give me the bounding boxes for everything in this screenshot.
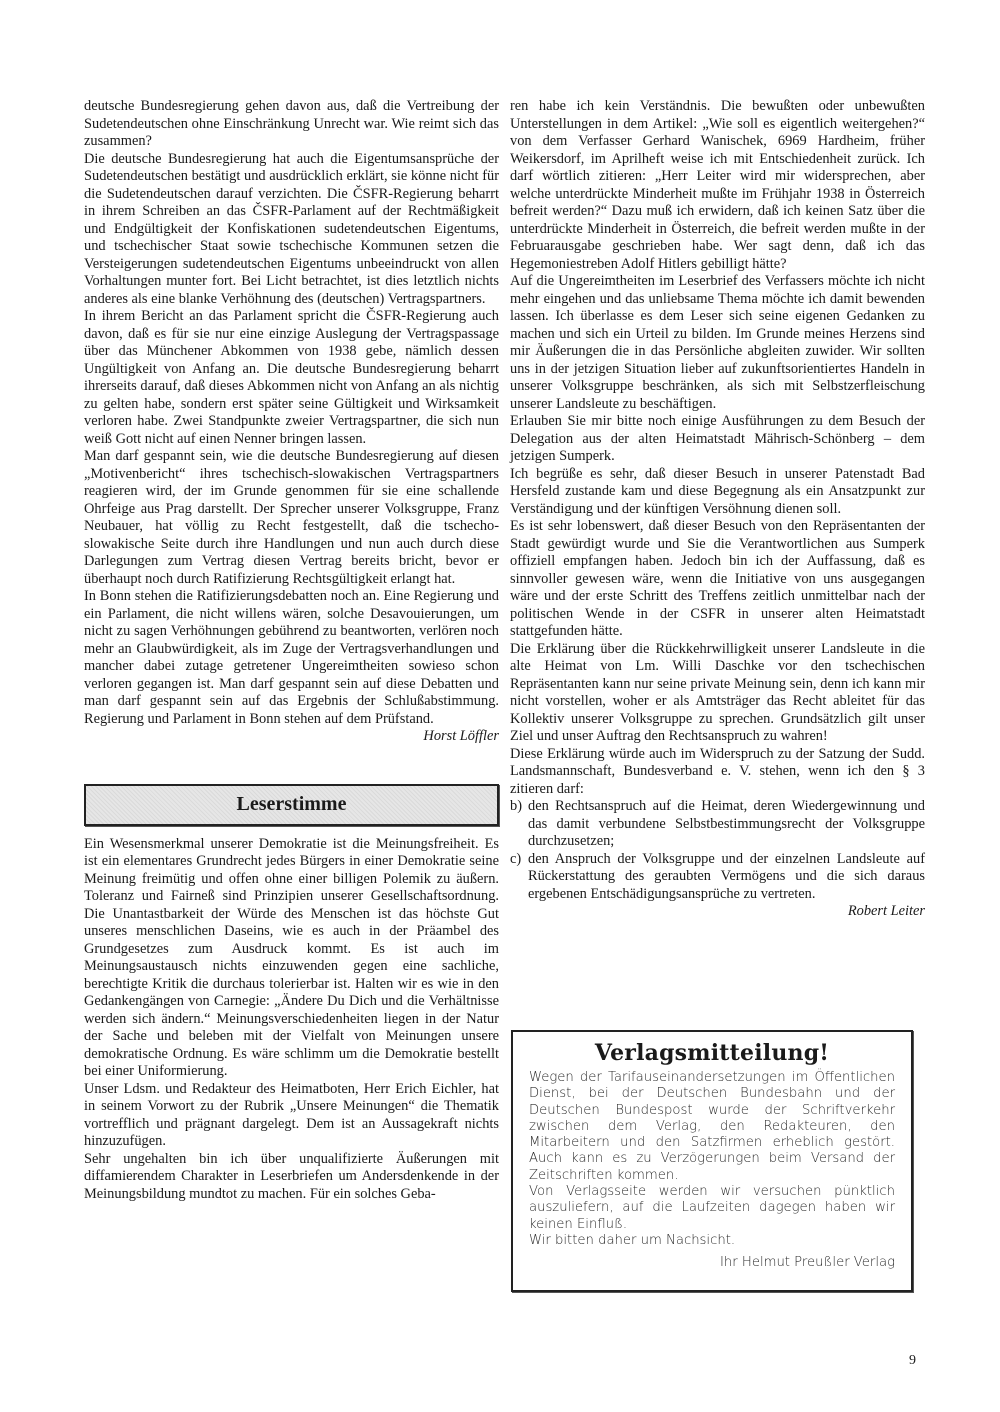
notice-signature: Ihr Helmut Preußler Verlag <box>529 1255 895 1271</box>
letter-paragraph: Auf die Ungereimtheiten im Leserbrief de… <box>510 273 925 413</box>
left-column: deutsche Bundesregierung gehen davon aus… <box>84 98 499 1203</box>
letter-paragraph: Es ist sehr lobenswert, daß dieser Besuc… <box>510 518 925 641</box>
statute-list-item: b) den Rechtsanspruch auf die Heimat, de… <box>510 798 925 851</box>
article-paragraph: Die deutsche Bundesregierung hat auch di… <box>84 151 499 309</box>
article-paragraph: deutsche Bundesregierung gehen davon aus… <box>84 98 499 151</box>
list-text: den Anspruch der Volksgruppe und der ein… <box>528 851 925 904</box>
letter-author: Robert Leiter <box>510 903 925 921</box>
article-paragraph: In Bonn stehen die Ratifizierungsdebatte… <box>84 588 499 728</box>
publisher-notice-box: Verlagsmitteilung! Wegen der Tarifausein… <box>511 1030 913 1292</box>
letter-paragraph: Ein Wesensmerkmal unserer Demokratie ist… <box>84 836 499 1081</box>
article-paragraph: Man darf gespannt sein, wie die deutsche… <box>84 448 499 588</box>
section-heading: Leserstimme <box>237 796 347 814</box>
right-column: ren habe ich kein Verständnis. Die bewuß… <box>510 98 925 921</box>
notice-paragraph: Wir bitten daher um Nachsicht. <box>529 1233 895 1249</box>
list-text: den Rechtsanspruch auf die Heimat, deren… <box>528 798 925 851</box>
page-number: 9 <box>909 1353 916 1369</box>
letter-paragraph: Unser Ldsm. und Redakteur des Heimatbote… <box>84 1081 499 1151</box>
letter-paragraph: Erlauben Sie mir bitte noch einige Ausfü… <box>510 413 925 466</box>
letter-paragraph: ren habe ich kein Verständnis. Die bewuß… <box>510 98 925 273</box>
letter-paragraph: Die Erklärung über die Rückkehrwilligkei… <box>510 641 925 746</box>
notice-paragraph: Wegen der Tarifauseinandersetzungen im Ö… <box>529 1070 895 1184</box>
article-author: Horst Löffler <box>84 728 499 746</box>
letter-paragraph: Diese Erklärung würde auch im Widerspruc… <box>510 746 925 799</box>
section-heading-box: Leserstimme <box>84 784 499 826</box>
letter-paragraph: Sehr ungehalten bin ich über unqualifizi… <box>84 1151 499 1204</box>
letter-paragraph: Ich begrüße es sehr, daß dieser Besuch i… <box>510 466 925 519</box>
notice-paragraph: Von Verlagsseite werden wir versuchen pü… <box>529 1184 895 1233</box>
publisher-notice-body: Wegen der Tarifauseinandersetzungen im Ö… <box>529 1070 895 1272</box>
article-paragraph: In ihrem Bericht an das Parlament sprich… <box>84 308 499 448</box>
statute-list-item: c) den Anspruch der Volksgruppe und der … <box>510 851 925 904</box>
list-marker: b) <box>510 798 528 851</box>
list-marker: c) <box>510 851 528 904</box>
publisher-notice-title: Verlagsmitteilung! <box>529 1040 895 1066</box>
